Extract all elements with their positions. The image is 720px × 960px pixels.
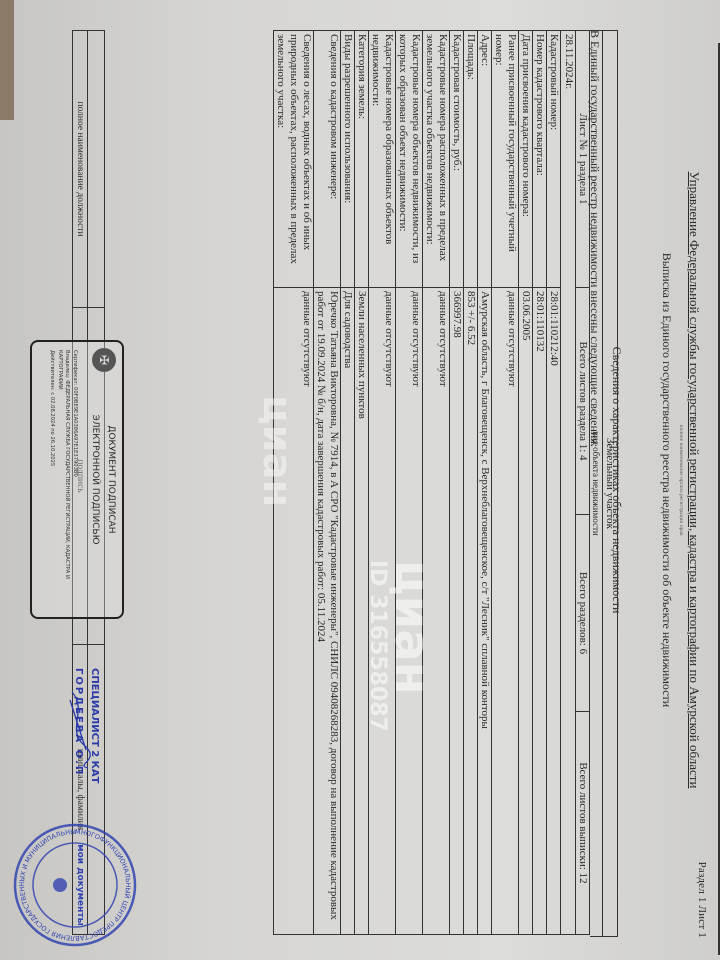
esign-certificate: Сертификат: 00F0BE9E1A0386A97E1E37903B0: [71, 350, 79, 617]
field-label: Сведения о лесах, водных объектах и об и…: [274, 31, 314, 288]
esign-valid: Действителен: с 02.08.2024 по 26.10.2025: [48, 350, 56, 617]
field-row: Сведения о кадастровом инженере:Юречко Т…: [314, 31, 341, 935]
field-value: 853 +/- 6.52: [464, 288, 478, 935]
field-value: 366997.98: [450, 288, 464, 935]
fields-body: Кадастровый номер:28:01:110212:40Номер к…: [274, 31, 561, 935]
field-value: данные отсутствуют: [274, 288, 314, 935]
field-row: Кадастровый номер:28:01:110212:40: [547, 31, 561, 935]
field-value: 28:01:110132: [533, 288, 547, 935]
sheet-number: Лист № 1 раздела 1: [576, 31, 590, 288]
field-row: Кадастровая стоимость, руб.:366997.98: [450, 31, 464, 935]
section-sheet-label: Раздел 1 Лист 1: [696, 862, 708, 938]
field-row: Ранее присвоенный государственный учетны…: [492, 31, 519, 935]
handwritten-signature-icon: [66, 690, 92, 770]
field-row: Адрес:Амурская область, г Благовещенск, …: [478, 31, 492, 935]
esign-title-1: ДОКУМЕНТ ПОДПИСАН: [106, 342, 116, 617]
extract-title: Выписка из Единого государственного реес…: [659, 120, 674, 840]
position-caption: полное наименование должности: [73, 31, 88, 308]
egrn-extract-page: Раздел 1 Лист 1 Управление Федеральной с…: [0, 0, 720, 960]
document-header: Управление Федеральной службы государств…: [659, 120, 712, 840]
cian-watermark: циан ID 316558087: [365, 560, 440, 732]
esign-owner: Владелец: ФЕДЕРАЛЬНАЯ СЛУЖБА ГОСУДАРСТВЕ…: [56, 350, 71, 617]
date-row: 28.11.2024г.: [561, 31, 576, 935]
electronic-signature-stamp: ✠ ДОКУМЕНТ ПОДПИСАН ЭЛЕКТРОННОЙ ПОДПИСЬЮ…: [30, 340, 124, 619]
sections-total: Всего разделов: 6: [576, 515, 590, 712]
field-row: Кадастровые номера объектов недвижимости…: [396, 31, 423, 935]
field-label: Категория земель:: [355, 31, 369, 288]
position-cell: [88, 31, 105, 308]
field-value: Амурская область, г Благовещенск, с Верх…: [478, 288, 492, 935]
field-label: Кадастровые номера образованных объектов…: [369, 31, 396, 288]
field-label: Сведения о кадастровом инженере:: [314, 31, 341, 288]
field-label: Кадастровая стоимость, руб.:: [450, 31, 464, 288]
extract-date: 28.11.2024г.: [561, 31, 576, 935]
field-row: Дата присвоения кадастрового номера:03.0…: [519, 31, 533, 935]
field-label: Кадастровые номера объектов недвижимости…: [396, 31, 423, 288]
esign-details: Сертификат: 00F0BE9E1A0386A97E1E37903B0 …: [48, 350, 78, 617]
field-value: Юречко Татьяна Викторовна, № 7914, в А С…: [314, 288, 341, 935]
field-label: Кадастровый номер:: [547, 31, 561, 288]
field-row: Кадастровые номера образованных объектов…: [369, 31, 396, 935]
field-row: Кадастровые номера расположенных в преде…: [423, 31, 450, 935]
sheet-info-row: Лист № 1 раздела 1 Всего листов раздела …: [576, 31, 590, 935]
agency-note: полное наименование органа регистрации п…: [678, 120, 684, 840]
field-value: данные отсутствуют: [492, 288, 519, 935]
section-sheets-total: Всего листов раздела 1: 4: [576, 288, 590, 515]
field-row: Площадь:853 +/- 6.52: [464, 31, 478, 935]
mfc-round-stamp-icon: МНОГОФУНКЦИОНАЛЬНЫЙ ЦЕНТР ПРЕДОСТАВЛЕНИЯ…: [10, 820, 140, 950]
field-label: Площадь:: [464, 31, 478, 288]
watermark-brand-faint: циан: [254, 395, 300, 507]
field-label: Дата присвоения кадастрового номера:: [519, 31, 533, 288]
field-label: Адрес:: [478, 31, 492, 288]
field-label: Кадастровые номера расположенных в преде…: [423, 31, 450, 288]
field-label: Виды разрешенного использования:: [341, 31, 355, 288]
object-type-frame: Земельный участок вид объекта недвижимос…: [590, 30, 618, 937]
object-type-hint: вид объекта недвижимости: [590, 31, 602, 936]
field-value: 03.06.2005: [519, 288, 533, 935]
field-row: Виды разрешенного использования:Для садо…: [341, 31, 355, 935]
esign-title-2: ЭЛЕКТРОННОЙ ПОДПИСЬЮ: [90, 342, 100, 617]
characteristics-table: Лист № 1 раздела 1 Всего листов раздела …: [273, 30, 590, 935]
field-value: 28:01:110212:40: [547, 288, 561, 935]
field-label: Номер кадастрового квартала:: [533, 31, 547, 288]
svg-text:мои документы: мои документы: [75, 844, 85, 925]
field-label: Ранее присвоенный государственный учетны…: [492, 31, 519, 288]
object-type: Земельный участок: [602, 31, 617, 936]
watermark-id: ID 316558087: [365, 560, 390, 732]
extract-sheets-total: Всего листов выписки: 12: [576, 712, 590, 935]
watermark-brand: циан: [384, 560, 440, 732]
field-row: Номер кадастрового квартала:28:01:110132: [533, 31, 547, 935]
field-value: Для садоводства: [341, 288, 355, 935]
field-row: Категория земель:Земли населенных пункто…: [355, 31, 369, 935]
agency-name: Управление Федеральной службы государств…: [686, 172, 702, 789]
